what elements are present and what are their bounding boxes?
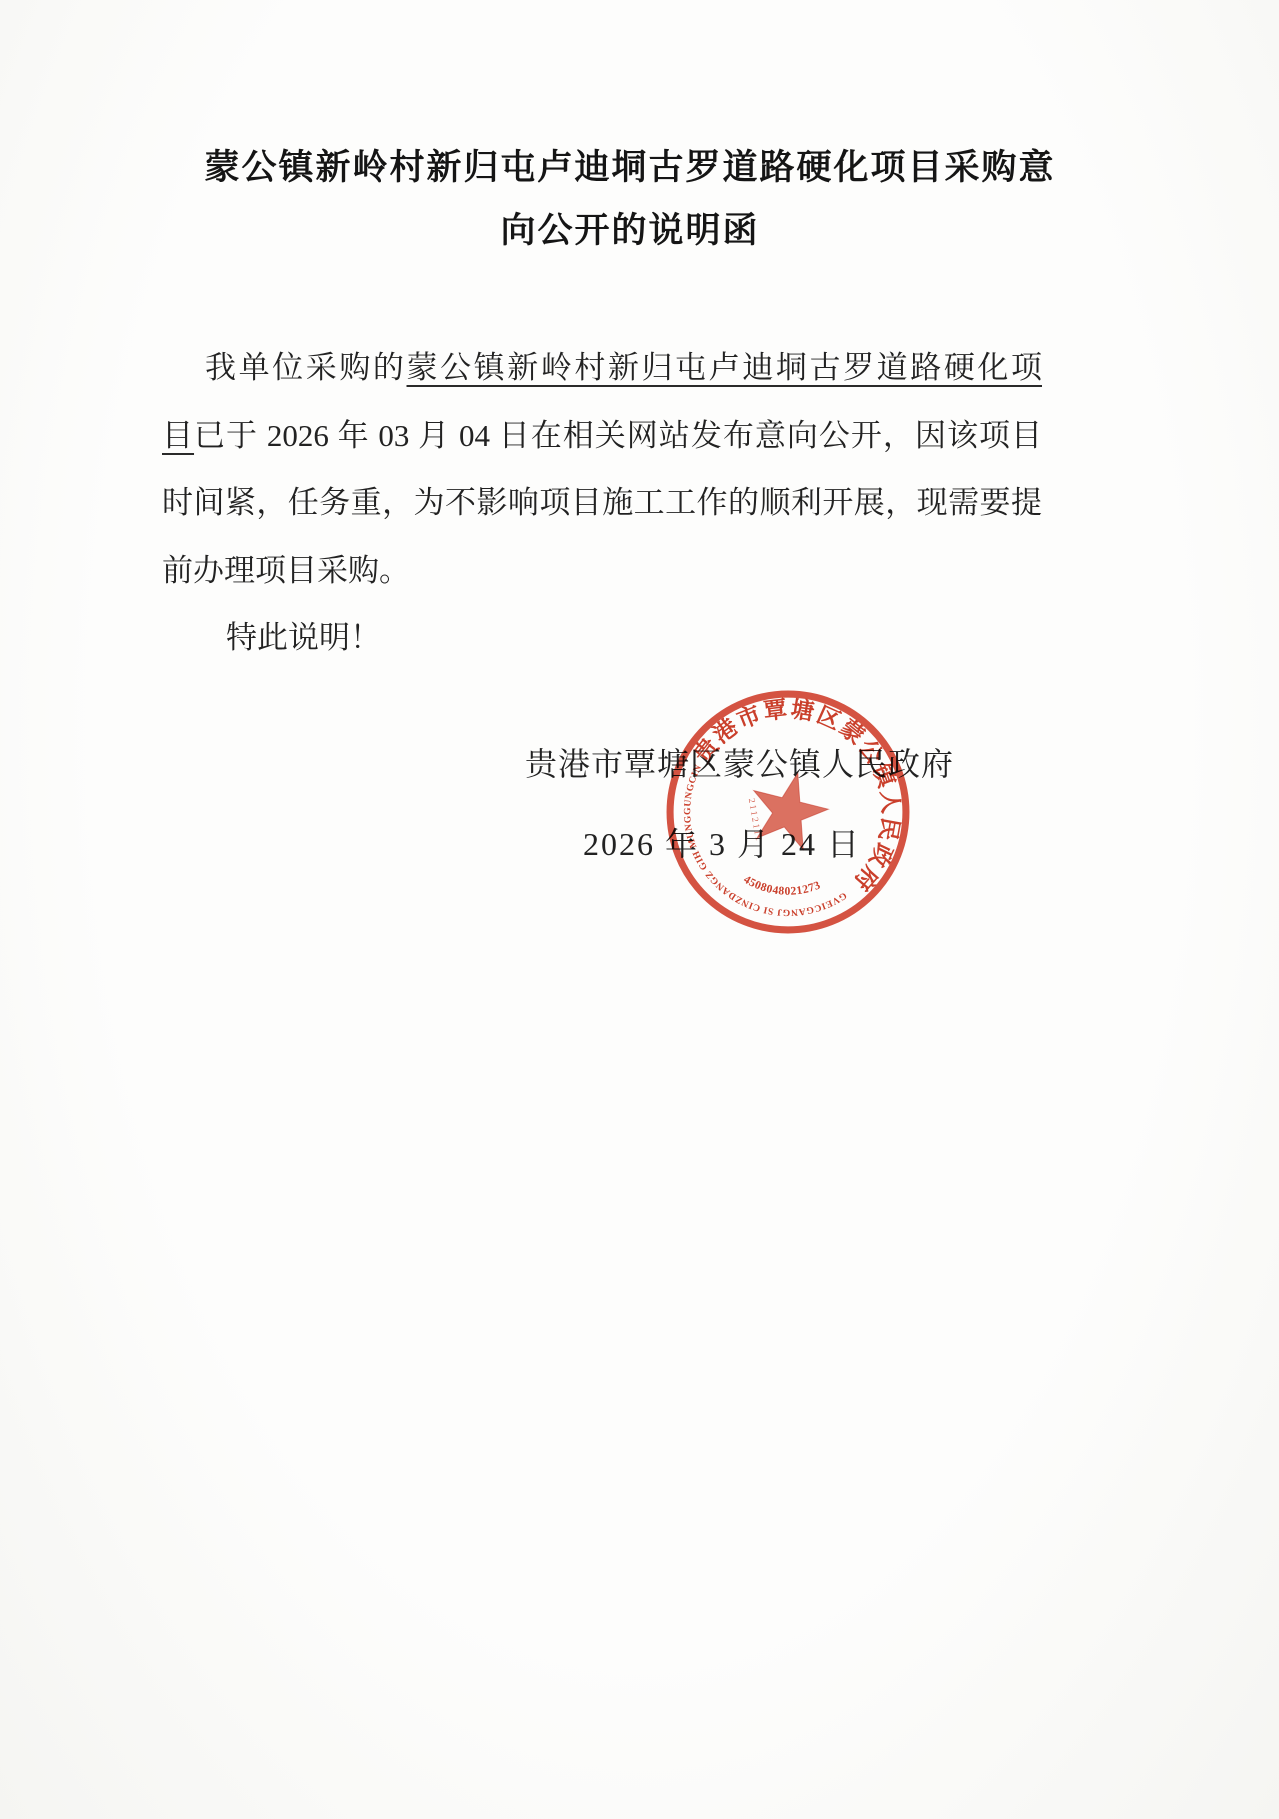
body-line-5-closing-phrase: 特此说明！ xyxy=(162,604,1042,672)
body-line2-plain: 已于 2026 年 03 月 04 日在相关网站发布意向公开，因该项目 xyxy=(194,418,1042,453)
document-title: 蒙公镇新岭村新归屯卢迪垌古罗道路硬化项目采购意 向公开的说明函 xyxy=(110,136,1150,262)
document-title-line2: 向公开的说明函 xyxy=(110,199,1150,262)
body-line-1: 我单位采购的蒙公镇新岭村新归屯卢迪垌古罗道路硬化项 xyxy=(162,334,1042,402)
body-line-4: 前办理项目采购。 xyxy=(162,537,1042,605)
body-line2-underlined: 目 xyxy=(162,418,194,453)
document-title-line1: 蒙公镇新岭村新归屯卢迪垌古罗道路硬化项目采购意 xyxy=(110,136,1150,199)
body-line-3: 时间紧，任务重，为不影响项目施工工作的顺利开展，现需要提 xyxy=(162,469,1042,537)
document-body: 我单位采购的蒙公镇新岭村新归屯卢迪垌古罗道路硬化项 目已于 2026 年 03 … xyxy=(162,334,1042,672)
official-seal: 贵港市覃塘区蒙公镇人民政府 GVEICGANGJ SI CINZDANGZ GI… xyxy=(662,686,914,938)
scanned-letter-page: 蒙公镇新岭村新归屯卢迪垌古罗道路硬化项目采购意 向公开的说明函 我单位采购的蒙公… xyxy=(0,0,1279,1819)
body-line-2: 目已于 2026 年 03 月 04 日在相关网站发布意向公开，因该项目 xyxy=(162,402,1042,470)
body-line1-plain: 我单位采购的 xyxy=(205,350,407,385)
seal-serial-number: 4508048021273 xyxy=(741,873,822,898)
body-line1-underlined-project-name: 蒙公镇新岭村新归屯卢迪垌古罗道路硬化项 xyxy=(407,350,1043,385)
seal-inner-code: 2112111 xyxy=(747,798,765,844)
